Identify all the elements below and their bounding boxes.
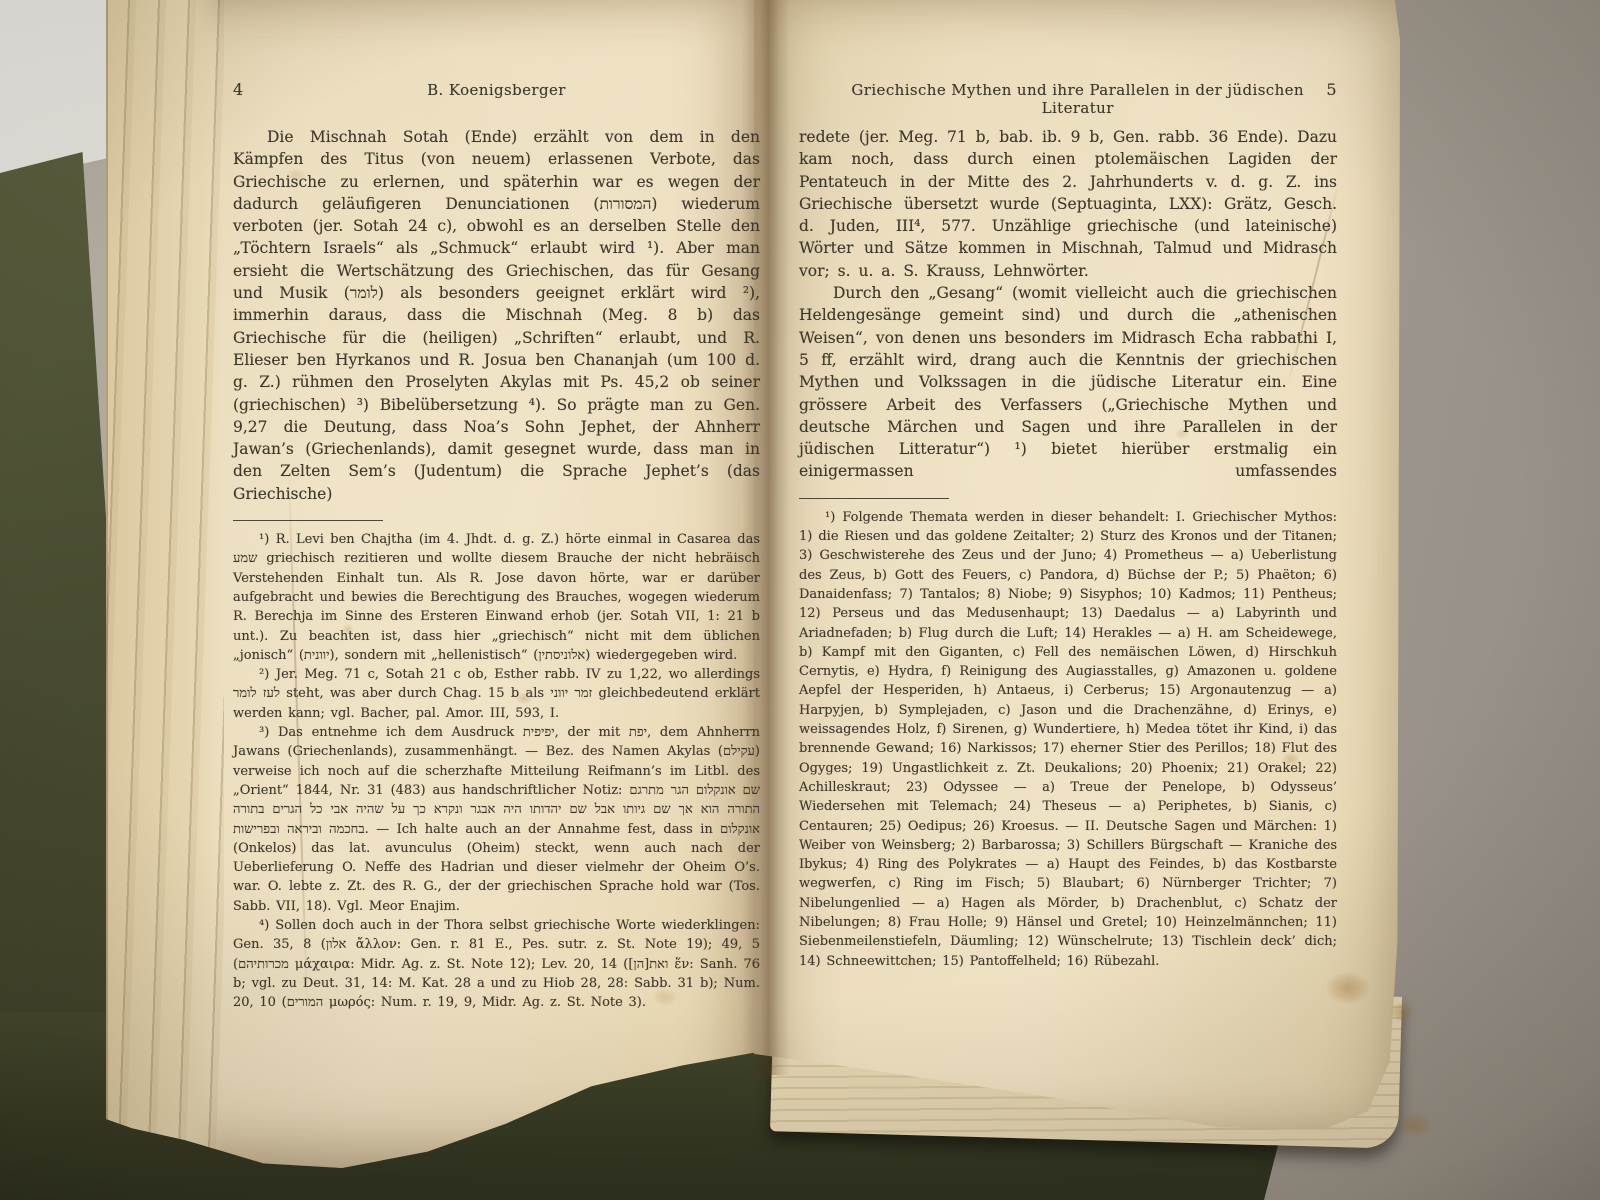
footnote-3: ³) Das entnehme ich dem Ausdruck יפיפית,…: [233, 723, 760, 916]
book-photo: 4 B. Koenigsberger 4 Die Mischnah Sotah …: [0, 0, 1600, 1200]
right-page-text: Griechische Mythen und ihre Parallelen i…: [799, 80, 1337, 971]
body-paragraph: redete (jer. Meg. 71 b, bab. ib. 9 b, Ge…: [799, 126, 1337, 282]
foxing-stain: [652, 988, 678, 1006]
foxing-stain: [516, 692, 532, 705]
foxing-stain: [1282, 752, 1300, 767]
footnote-rule: [233, 520, 383, 521]
page-stack-fore-edge: [106, 0, 224, 1168]
body-paragraph: Durch den „Gesang“ (womit vielleicht auc…: [799, 282, 1337, 483]
foxing-stain: [1326, 972, 1370, 1004]
foxing-stain: [1398, 1112, 1432, 1138]
footnote-rule: [799, 498, 949, 499]
page-number-left: 4: [233, 80, 244, 99]
running-head-right: Griechische Mythen und ihre Parallelen i…: [799, 81, 1326, 117]
foxing-stain: [342, 624, 354, 635]
left-page-text: 4 B. Koenigsberger 4 Die Mischnah Sotah …: [233, 80, 760, 1012]
foxing-stain: [900, 955, 916, 968]
foxing-stain: [1175, 428, 1189, 439]
running-head-left: B. Koenigsberger: [244, 81, 750, 99]
left-page-header: 4 B. Koenigsberger 4: [233, 80, 760, 102]
body-paragraph: Die Mischnah Sotah (Ende) erzählt von de…: [233, 126, 760, 505]
footnote-1: ¹) R. Levi ben Chajtha (im 4. Jhdt. d. g…: [233, 530, 760, 665]
right-page-header: Griechische Mythen und ihre Parallelen i…: [799, 80, 1337, 102]
footnote-4: ⁴) Sollen doch auch in der Thora selbst …: [233, 916, 760, 1012]
foxing-stain: [286, 168, 306, 182]
page-number-right: 5: [1326, 80, 1337, 99]
footnote-2: ²) Jer. Meg. 71 c, Sotah 21 c ob, Esther…: [233, 665, 760, 723]
foxing-stain: [1390, 1002, 1414, 1022]
footnote-1: ¹) Folgende Themata werden in dieser beh…: [799, 508, 1337, 971]
